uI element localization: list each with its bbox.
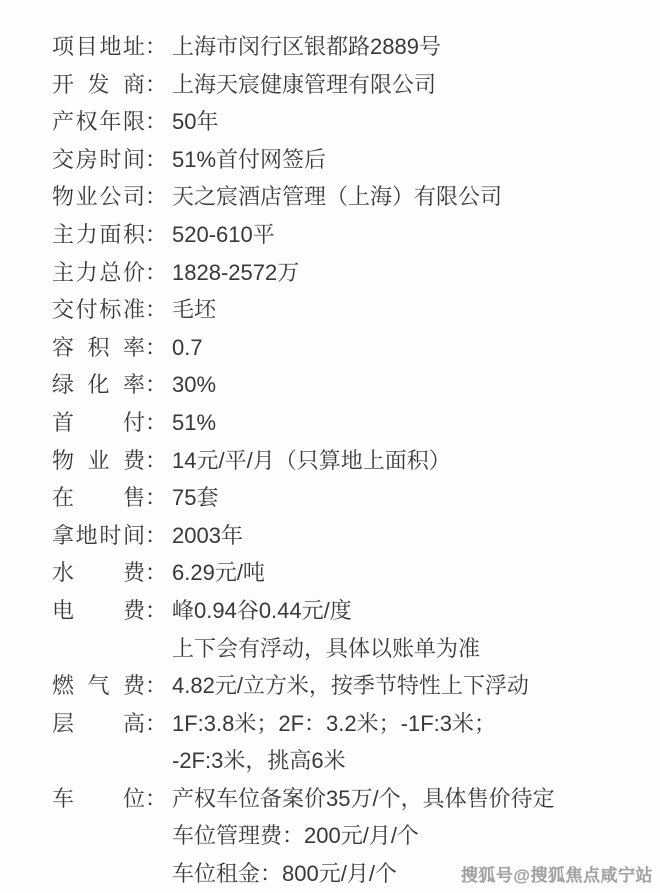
field-value: 产权车位备案价35万/个，具体售价待定 [172, 780, 660, 818]
field-label-cell: 车位： [52, 780, 172, 818]
field-label: 交付标准 [52, 291, 145, 329]
field-value: 上海天宸健康管理有限公司 [172, 66, 660, 104]
field-label: 在售 [52, 479, 145, 517]
field-value: 4.82元/立方米，按季节特性上下浮动 [172, 667, 660, 705]
field-label: 交房时间 [52, 141, 145, 179]
info-row: 层高： 1F:3.8米；2F：3.2米；-1F:3米； [52, 705, 660, 743]
field-label: 主力总价 [52, 254, 145, 292]
field-label: 首付 [52, 404, 145, 442]
field-label-cell: 绿化率： [52, 366, 172, 404]
field-label: 物业公司 [52, 178, 145, 216]
field-colon: ： [145, 667, 172, 705]
field-label: 开发商 [52, 66, 145, 104]
field-label-cell: 产权年限： [52, 103, 172, 141]
field-label-cell: 主力总价： [52, 254, 172, 292]
info-row: 上下会有浮动，具体以账单为准 [52, 630, 660, 668]
field-label-cell: 燃气费： [52, 667, 172, 705]
field-label: 产权年限 [52, 103, 145, 141]
field-colon: ： [145, 254, 172, 292]
field-value: 毛坯 [172, 291, 660, 329]
field-value: 1F:3.8米；2F：3.2米；-1F:3米； [172, 705, 660, 743]
field-label-cell: 层高： [52, 705, 172, 743]
field-label: 燃气费 [52, 667, 145, 705]
info-row: 车位： 产权车位备案价35万/个，具体售价待定 [52, 780, 660, 818]
info-row: -2F:3米，挑高6米 [52, 742, 660, 780]
info-row: 开发商： 上海天宸健康管理有限公司 [52, 66, 660, 104]
info-row: 物业公司： 天之宸酒店管理（上海）有限公司 [52, 178, 660, 216]
info-row: 首付： 51% [52, 404, 660, 442]
field-label-cell: 首付： [52, 404, 172, 442]
field-label: 主力面积 [52, 216, 145, 254]
field-colon: ： [145, 366, 172, 404]
field-label-cell: 物业公司： [52, 178, 172, 216]
info-row: 拿地时间： 2003年 [52, 517, 660, 555]
field-value: 2003年 [172, 517, 660, 555]
field-value: 14元/平/月（只算地上面积） [172, 442, 660, 480]
info-row: 在售： 75套 [52, 479, 660, 517]
field-label-cell: 在售： [52, 479, 172, 517]
field-value: 天之宸酒店管理（上海）有限公司 [172, 178, 660, 216]
field-label-cell: 容积率： [52, 329, 172, 367]
field-label: 水费 [52, 554, 145, 592]
field-value: 1828-2572万 [172, 254, 660, 292]
field-label: 层高 [52, 705, 145, 743]
field-label: 电费 [52, 592, 145, 630]
info-row: 车位管理费：200元/月/个 [52, 817, 660, 855]
field-value: 车位管理费：200元/月/个 [172, 817, 660, 855]
field-label-cell: 项目地址： [52, 28, 172, 66]
info-row: 产权年限： 50年 [52, 103, 660, 141]
field-label-cell: 水费： [52, 554, 172, 592]
field-value: 0.7 [172, 329, 660, 367]
field-label: 拿地时间 [52, 517, 145, 555]
property-info-list: 项目地址： 上海市闵行区银都路2889号 开发商： 上海天宸健康管理有限公司 产… [0, 0, 660, 893]
field-label-cell: 主力面积： [52, 216, 172, 254]
field-label: 项目地址 [52, 28, 145, 66]
field-value: 51%首付网签后 [172, 141, 660, 179]
field-value: 峰0.94谷0.44元/度 [172, 592, 660, 630]
field-label-cell: 交房时间： [52, 141, 172, 179]
field-label: 车位 [52, 780, 145, 818]
info-row: 主力总价： 1828-2572万 [52, 254, 660, 292]
field-value: 上海市闵行区银都路2889号 [172, 28, 660, 66]
field-label: 物业费 [52, 442, 145, 480]
field-colon: ： [145, 442, 172, 480]
field-value: 上下会有浮动，具体以账单为准 [172, 630, 660, 668]
field-label: 绿化率 [52, 366, 145, 404]
info-row: 水费： 6.29元/吨 [52, 554, 660, 592]
field-colon: ： [145, 141, 172, 179]
info-row: 物业费： 14元/平/月（只算地上面积） [52, 442, 660, 480]
field-value: -2F:3米，挑高6米 [172, 742, 660, 780]
field-label-cell: 物业费： [52, 442, 172, 480]
field-value: 51% [172, 404, 660, 442]
field-value: 520-610平 [172, 216, 660, 254]
field-label-cell: 拿地时间： [52, 517, 172, 555]
field-colon: ： [145, 329, 172, 367]
info-row: 主力面积： 520-610平 [52, 216, 660, 254]
field-label-cell: 开发商： [52, 66, 172, 104]
info-row: 项目地址： 上海市闵行区银都路2889号 [52, 28, 660, 66]
info-row: 交付标准： 毛坯 [52, 291, 660, 329]
field-colon: ： [145, 404, 172, 442]
field-value: 50年 [172, 103, 660, 141]
info-row: 电费： 峰0.94谷0.44元/度 [52, 592, 660, 630]
field-colon: ： [145, 554, 172, 592]
info-row: 交房时间： 51%首付网签后 [52, 141, 660, 179]
field-colon: ： [145, 103, 172, 141]
info-row: 燃气费： 4.82元/立方米，按季节特性上下浮动 [52, 667, 660, 705]
field-value: 6.29元/吨 [172, 554, 660, 592]
info-row: 容积率： 0.7 [52, 329, 660, 367]
field-colon: ： [145, 216, 172, 254]
field-colon: ： [145, 517, 172, 555]
field-colon: ： [145, 479, 172, 517]
field-label-cell: 交付标准： [52, 291, 172, 329]
field-value: 75套 [172, 479, 660, 517]
field-colon: ： [145, 705, 172, 743]
field-colon: ： [145, 291, 172, 329]
info-row: 绿化率： 30% [52, 366, 660, 404]
field-label: 容积率 [52, 329, 145, 367]
field-colon: ： [145, 28, 172, 66]
field-value: 30% [172, 366, 660, 404]
watermark-text: 搜狐号@搜狐焦点咸宁站 [461, 861, 653, 886]
field-colon: ： [145, 178, 172, 216]
field-colon: ： [145, 66, 172, 104]
field-label-cell: 电费： [52, 592, 172, 630]
field-colon: ： [145, 780, 172, 818]
field-colon: ： [145, 592, 172, 630]
